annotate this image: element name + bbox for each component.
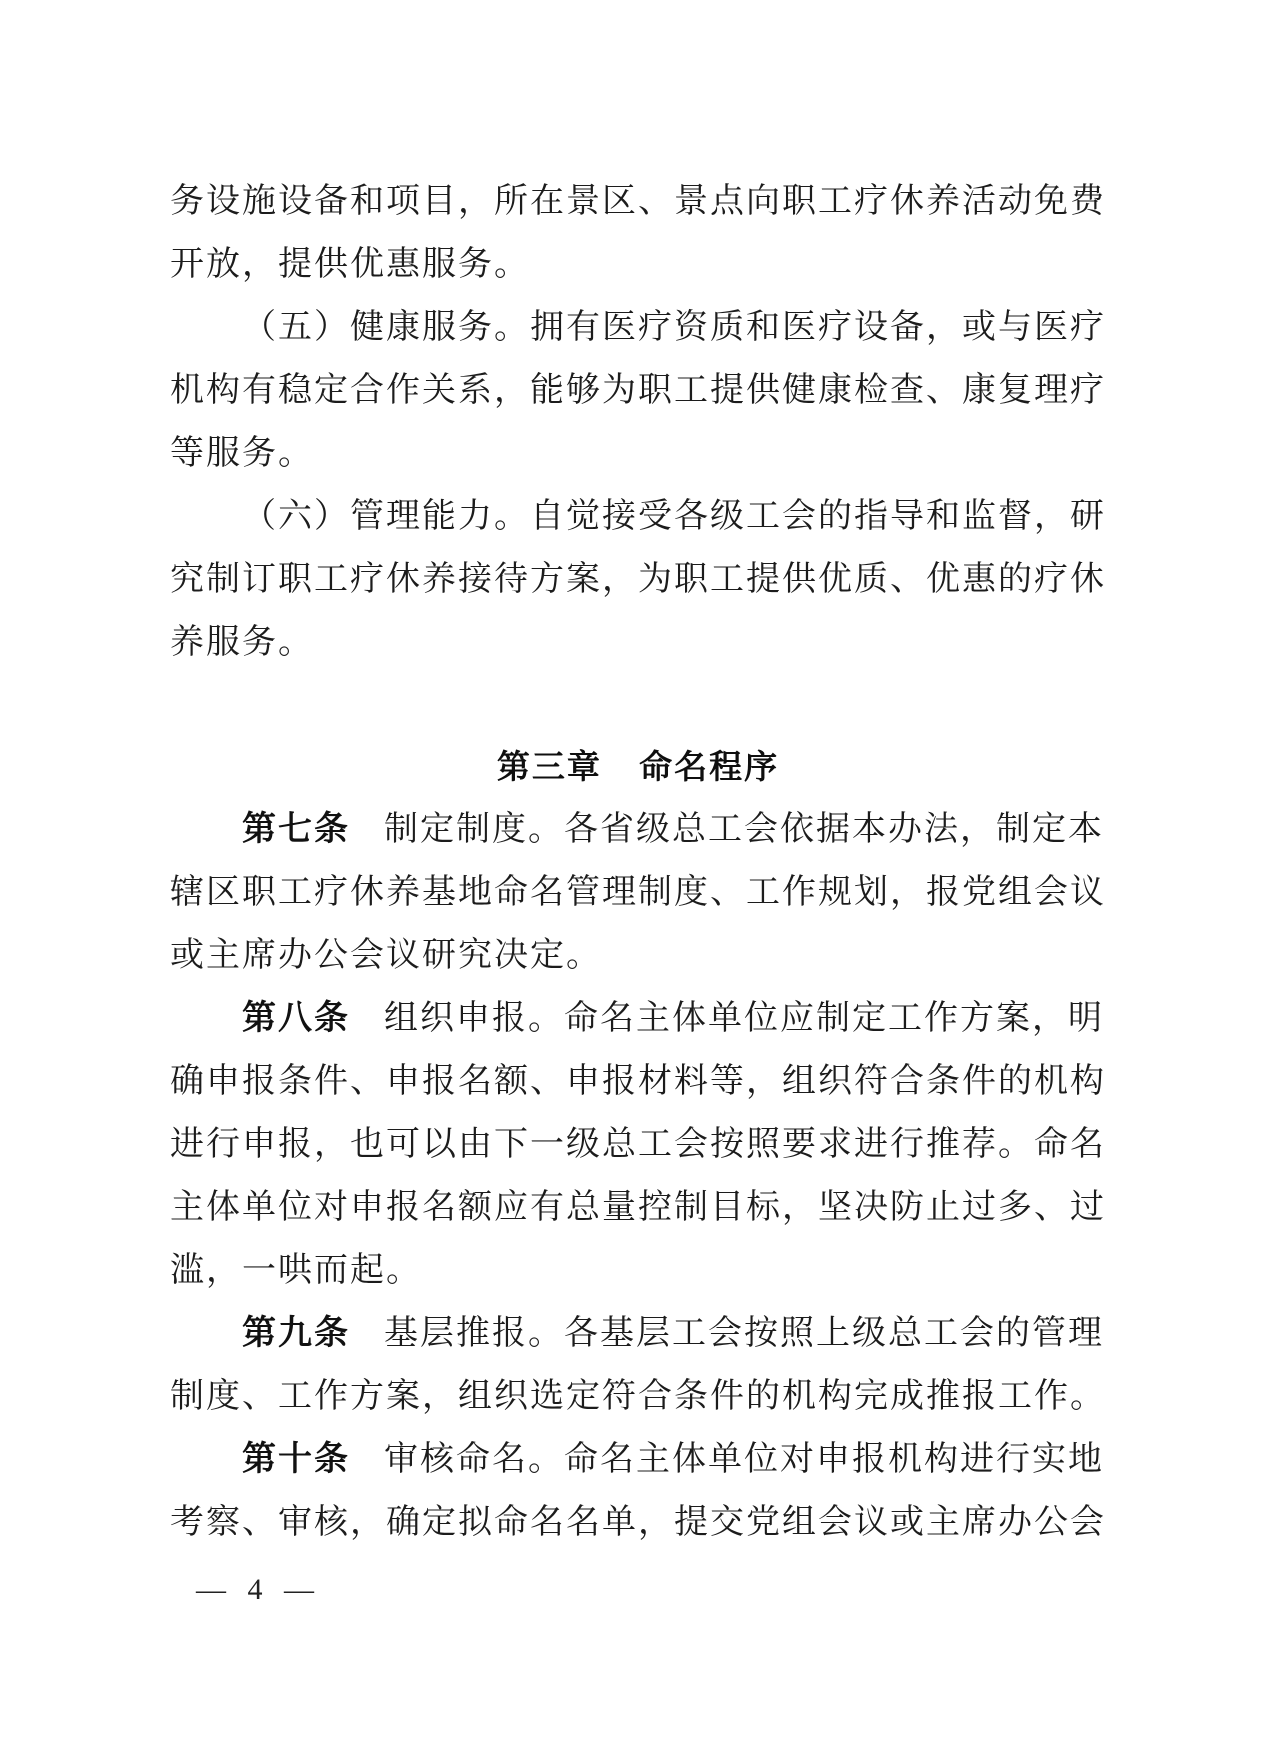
text-line: 主体单位对申报名额应有总量控制目标，坚决防止过多、过 xyxy=(170,1176,1106,1239)
chapter-heading: 第三章 命名程序 xyxy=(170,735,1106,798)
text-line: 开放，提供优惠服务。 xyxy=(170,233,1106,296)
line-text: 务设施设备和项目，所在景区、景点向职工疗休养活动免费 xyxy=(170,183,1106,220)
article-start-line: 第九条基层推报。各基层工会按照上级总工会的管理 xyxy=(170,1302,1106,1365)
text-line: 制度、工作方案，组织选定符合条件的机构完成推报工作。 xyxy=(170,1365,1106,1428)
article-number-label: 第八条 xyxy=(242,999,350,1037)
line-text: 制定制度。各省级总工会依据本办法，制定本 xyxy=(384,811,1104,848)
article-number-label: 第九条 xyxy=(242,1314,350,1352)
line-text: 审核命名。命名主体单位对申报机构进行实地 xyxy=(384,1441,1104,1478)
document-page: 务设施设备和项目，所在景区、景点向职工疗休养活动免费 开放，提供优惠服务。 （五… xyxy=(0,0,1280,1747)
article-number-label: 第十条 xyxy=(242,1440,350,1478)
line-text: 机构有稳定合作关系，能够为职工提供健康检查、康复理疗 xyxy=(170,372,1106,409)
text-line: 滥，一哄而起。 xyxy=(170,1239,1106,1302)
text-line: 或主席办公会议研究决定。 xyxy=(170,924,1106,987)
line-text: （六）管理能力。自觉接受各级工会的指导和监督，研 xyxy=(242,498,1106,535)
line-text: 养服务。 xyxy=(170,624,314,661)
article-start-line: 第十条审核命名。命名主体单位对申报机构进行实地 xyxy=(170,1428,1106,1491)
document-body: 务设施设备和项目，所在景区、景点向职工疗休养活动免费 开放，提供优惠服务。 （五… xyxy=(170,170,1106,1554)
line-text: 制度、工作方案，组织选定符合条件的机构完成推报工作。 xyxy=(170,1378,1106,1415)
text-line: 机构有稳定合作关系，能够为职工提供健康检查、康复理疗 xyxy=(170,359,1106,422)
line-text: 组织申报。命名主体单位应制定工作方案，明 xyxy=(384,1000,1104,1037)
article-start-line: 第八条组织申报。命名主体单位应制定工作方案，明 xyxy=(170,987,1106,1050)
line-text: 等服务。 xyxy=(170,435,314,472)
line-text: 确申报条件、申报名额、申报材料等，组织符合条件的机构 xyxy=(170,1063,1106,1100)
text-line: 确申报条件、申报名额、申报材料等，组织符合条件的机构 xyxy=(170,1050,1106,1113)
line-text: 基层推报。各基层工会按照上级总工会的管理 xyxy=(384,1315,1104,1352)
line-text: 辖区职工疗休养基地命名管理制度、工作规划，报党组会议 xyxy=(170,874,1106,911)
text-line: 辖区职工疗休养基地命名管理制度、工作规划，报党组会议 xyxy=(170,861,1106,924)
text-line: 考察、审核，确定拟命名名单，提交党组会议或主席办公会 xyxy=(170,1491,1106,1554)
paragraph-start-line: （五）健康服务。拥有医疗资质和医疗设备，或与医疗 xyxy=(170,296,1106,359)
line-text: 或主席办公会议研究决定。 xyxy=(170,937,602,974)
line-text: 滥，一哄而起。 xyxy=(170,1252,422,1289)
line-text: 考察、审核，确定拟命名名单，提交党组会议或主席办公会 xyxy=(170,1504,1106,1541)
text-line: 究制订职工疗休养接待方案，为职工提供优质、优惠的疗休 xyxy=(170,548,1106,611)
line-text: 进行申报，也可以由下一级总工会按照要求进行推荐。命名 xyxy=(170,1126,1106,1163)
paragraph-start-line: （六）管理能力。自觉接受各级工会的指导和监督，研 xyxy=(170,485,1106,548)
text-line: 养服务。 xyxy=(170,611,1106,674)
line-text: （五）健康服务。拥有医疗资质和医疗设备，或与医疗 xyxy=(242,309,1106,346)
text-line: 务设施设备和项目，所在景区、景点向职工疗休养活动免费 xyxy=(170,170,1106,233)
text-line: 进行申报，也可以由下一级总工会按照要求进行推荐。命名 xyxy=(170,1113,1106,1176)
article-number-label: 第七条 xyxy=(242,810,350,848)
line-text: 开放，提供优惠服务。 xyxy=(170,246,530,283)
page-number: — 4 — xyxy=(196,1570,315,1610)
line-text: 究制订职工疗休养接待方案，为职工提供优质、优惠的疗休 xyxy=(170,561,1106,598)
text-line: 等服务。 xyxy=(170,422,1106,485)
line-text: 主体单位对申报名额应有总量控制目标，坚决防止过多、过 xyxy=(170,1189,1106,1226)
article-start-line: 第七条制定制度。各省级总工会依据本办法，制定本 xyxy=(170,798,1106,861)
